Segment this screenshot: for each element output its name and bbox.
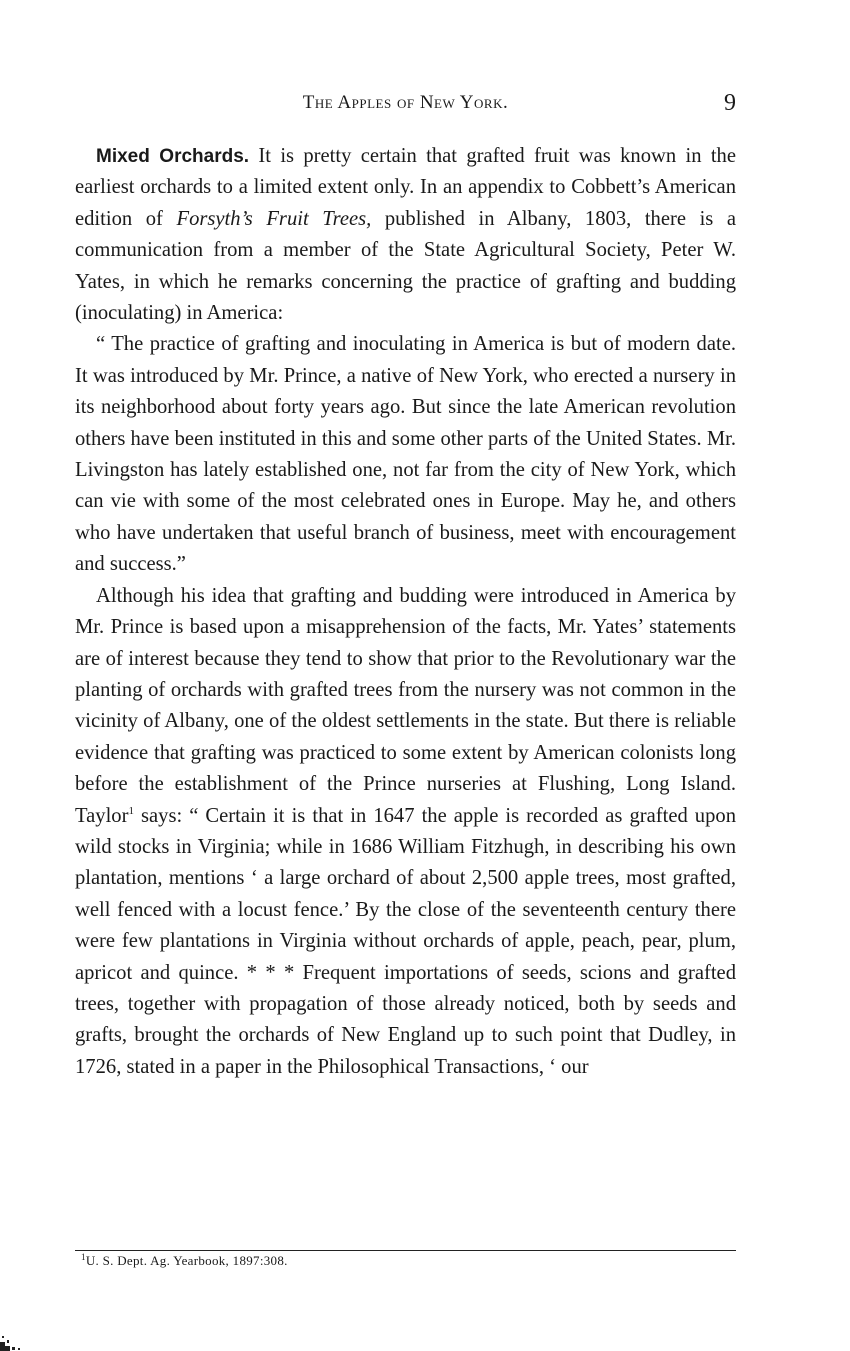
page-number: 9 <box>724 90 736 117</box>
quote-text: “ The practice of grafting and inoculati… <box>75 333 736 575</box>
paragraph-yates-quote: “ The practice of grafting and inoculati… <box>75 329 736 580</box>
paragraph-text: says: “ Certain it is that in 1647 the a… <box>75 805 736 1078</box>
footnote-text: U. S. Dept. Ag. Yearbook, 1897:308. <box>86 1253 288 1268</box>
paragraph-mixed-orchards: Mixed Orchards. It is pretty certain tha… <box>75 141 736 329</box>
book-title-italic: Forsyth’s Fruit Trees, <box>177 208 372 230</box>
running-title: The Apples of New York. <box>75 92 736 114</box>
body-text: Mixed Orchards. It is pretty certain tha… <box>75 141 736 1083</box>
footnote: 1U. S. Dept. Ag. Yearbook, 1897:308. <box>81 1253 288 1269</box>
scan-artifact <box>0 1330 22 1351</box>
section-heading: Mixed Orchards. <box>96 146 249 167</box>
running-head: The Apples of New York. 9 <box>75 90 736 118</box>
paragraph-although: Although his idea that grafting and budd… <box>75 581 736 1084</box>
paragraph-text: Although his idea that grafting and budd… <box>75 585 736 827</box>
footnote-divider <box>75 1250 736 1251</box>
